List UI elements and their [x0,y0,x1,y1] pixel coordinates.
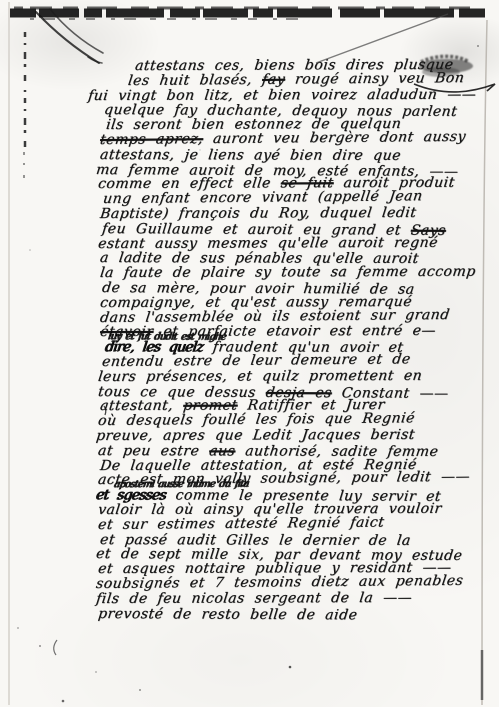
manuscript-text-segment: preuve, apres que Ledit Jacques berist [95,427,416,444]
manuscript-text-segment: les huit blasés, [127,72,263,89]
manuscript-line: et sur estimes attesté Regnié faict [97,515,385,532]
manuscript-line: fui vingt bon litz, et bien voirez aladu… [87,87,477,103]
manuscript-line: prevosté de resto belle de aide [97,607,358,623]
manuscript-text-segment: temps aprez, [99,131,204,148]
handwritten-text-block: attestans ces, biens bois dires plusquel… [84,59,484,659]
manuscript-text-segment: fay [261,71,286,87]
left-margin-dash-streak [24,32,25,178]
manuscript-line: leurs présences, et quilz promettent en [97,369,423,385]
manuscript-text-segment: et sur estimes attesté Regnié faict [97,514,385,532]
bottom-left-hook [54,640,57,655]
manuscript-line: attestans, je liens ayé bien dire que [99,148,402,164]
manuscript-line: Baptiste) françois du Roy, duquel ledit [99,206,417,222]
manuscript-text-segment: at peu estre [97,443,210,459]
corner-flourish-strokes [36,9,103,63]
manuscript-text-segment: fui vingt bon litz, et bien voirez aladu… [87,86,477,103]
manuscript-text-segment: prevosté de resto belle de aide [97,606,358,623]
manuscript-text-segment: attestans, je liens ayé bien dire que [99,147,402,164]
manuscript-page: attestans ces, biens bois dires plusquel… [0,0,499,707]
manuscript-text-segment: fils de feu nicolas sergeant de la —— [95,590,413,607]
manuscript-text-segment: la faute de plaire sy toute sa femme acc… [99,264,477,281]
top-edge-band [10,8,487,19]
manuscript-text-segment: rougé ainsy veu Bon [284,70,465,88]
manuscript-line: temps aprez, auront veu bergère dont aus… [99,130,467,148]
manuscript-text-segment: Baptiste) françois du Roy, duquel ledit [99,205,417,222]
manuscript-line: preuve, apres que Ledit Jacques berist [95,428,416,444]
manuscript-text-segment: leurs présences, et quilz promettent en [97,368,423,385]
manuscript-line: fils de feu nicolas sergeant de la —— [95,591,413,607]
manuscript-line: la faute de plaire sy toute sa femme acc… [99,265,476,281]
manuscript-text-segment: estant aussy mesmes qu'elle auroit regné [97,234,439,251]
manuscript-text-segment: auront veu bergère dont aussy [202,129,467,147]
crease-line [316,14,448,63]
